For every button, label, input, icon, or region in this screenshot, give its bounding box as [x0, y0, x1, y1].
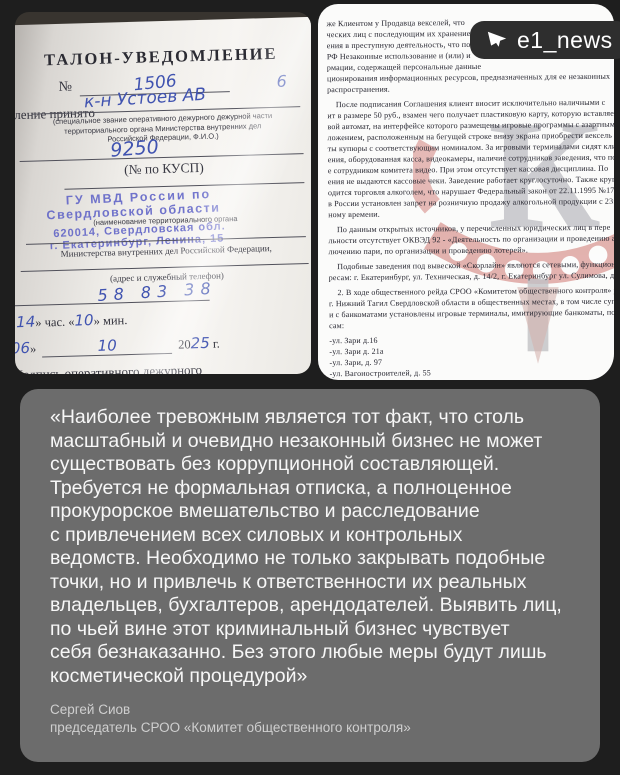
report-text: же Клиентом у Продавца векселей, что чес…	[318, 4, 614, 380]
form-line	[20, 153, 304, 162]
talon-title: ТАЛОН-УВЕДОМЛЕНИЕ	[15, 43, 311, 72]
talon-stamp: ГУ МВД России по Свердловской области 62…	[15, 14, 311, 28]
time-min-label: » мин.	[93, 313, 127, 328]
form-line	[15, 300, 210, 307]
talon-number-extra: 6	[276, 72, 287, 91]
date-month-value: 10	[97, 336, 117, 355]
talon-org-caption-2: Министерства внутренних дел Российской Ф…	[15, 242, 311, 261]
form-line	[26, 236, 306, 245]
talon-number-row: №1506 6	[58, 71, 230, 97]
stamp-line-3: 620014, Свердловская обл.	[53, 220, 226, 240]
channel-badge[interactable]: e1_news	[470, 21, 620, 59]
time-minute-value: 10	[74, 311, 94, 330]
date-year-value: 25	[190, 334, 210, 353]
date-month-line: 10	[42, 335, 172, 358]
quote-card: «Наиболее тревожным является тот факт, ч…	[20, 389, 600, 762]
talon-time-row: 14» час. «10» мин.	[16, 310, 128, 331]
date-day-quote: »	[30, 342, 37, 356]
quote-author-role: председатель СРОО «Комитет общественного…	[50, 719, 576, 737]
photo-report-document[interactable]: К же Клиентом у Продавца векселей, что ч…	[318, 4, 614, 380]
report-paragraph: По данным открытых источников, у перечис…	[328, 222, 610, 257]
stamp-line-4: г. Екатеринбург, Ленина, 15	[50, 232, 225, 252]
talon-officer-caption: (специальное звание оперативного дежурно…	[15, 110, 311, 147]
photo-talon-document[interactable]: ТАЛОН-УВЕДОМЛЕНИЕ №1506 6 явление принят…	[15, 12, 311, 374]
talon-officer-name: к-н Устоев АВ	[83, 85, 206, 113]
date-century: 20	[178, 337, 191, 351]
time-hour-value: 14	[16, 313, 36, 332]
talon-sign-label: Подпись оперативного дежурного	[15, 362, 202, 374]
time-min-open: «	[65, 315, 75, 329]
channel-badge-label: e1_news	[517, 27, 613, 54]
form-line	[21, 263, 309, 272]
talon-kusp-label: (№ по КУСП)	[15, 157, 311, 182]
date-year-label: г.	[213, 337, 220, 351]
telegram-plane-icon	[486, 29, 508, 51]
talon-org-caption-1: (наименование территориального органа	[15, 212, 311, 230]
talon-number-line: 1506	[80, 71, 231, 96]
signature-scribble	[42, 372, 213, 374]
talon-number-value: 1506	[132, 71, 177, 95]
post-canvas: ТАЛОН-УВЕДОМЛЕНИЕ №1506 6 явление принят…	[0, 0, 620, 775]
talon-phone-value: 58 83 38	[97, 279, 217, 305]
report-paragraph: Подобные заведения под вывеской «Скорлай…	[329, 259, 611, 283]
talon-phone-caption: (адрес и служебный телефон)	[15, 268, 311, 287]
quote-author: Сергей Сиов	[50, 701, 576, 719]
form-line	[64, 182, 304, 190]
report-paragraph: -ул. Зари д.16 -ул. Зари д. 21а -ул. Зар…	[329, 333, 612, 380]
report-paragraph: После подписания Соглашения клиент вноси…	[327, 97, 610, 220]
talon-date-row: 06»102025 г.	[15, 334, 220, 359]
stamp-line-2: Свердловской области	[46, 201, 221, 223]
talon-accepted-label: явление принято	[15, 105, 95, 124]
quote-text: «Наиболее тревожным является тот факт, ч…	[50, 406, 576, 688]
date-day-value: 06	[15, 339, 30, 358]
time-hour-label: » час.	[35, 315, 65, 330]
talon-number-label: №	[58, 80, 72, 95]
stamp-line-1: ГУ МВД России по	[66, 187, 212, 208]
form-line	[32, 106, 300, 114]
talon-kusp-value: 9250	[110, 136, 160, 162]
talon-paper: ТАЛОН-УВЕДОМЛЕНИЕ №1506 6 явление принят…	[15, 17, 311, 374]
report-paragraph: 2. В ходе общественного рейда СРОО «Коми…	[329, 285, 611, 331]
